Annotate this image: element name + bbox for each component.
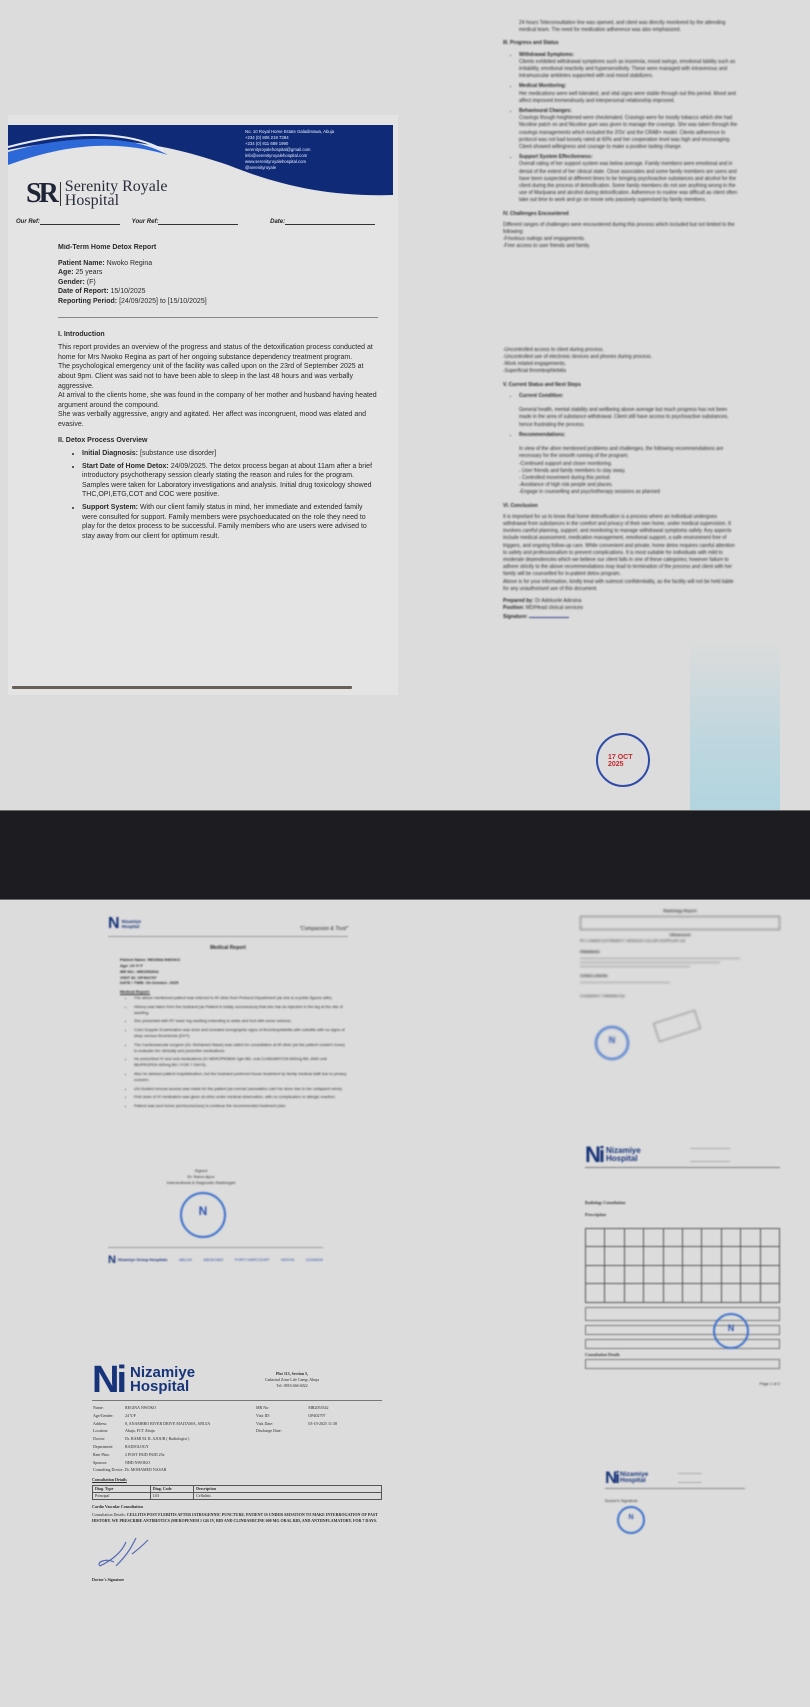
nizamiye-medical-report: N NizamiyeHospital "Compassion & Trust" … [108, 915, 348, 1112]
conclusion-heading: VI. Conclusion [503, 503, 739, 510]
patient-info-left: Name:REGINA NWOKO Age/Gender:24 Y/F Addr… [92, 1404, 247, 1474]
overview-heading: II. Detox Process Overview [58, 436, 378, 446]
list-item: Also he advised patient hospitalization,… [134, 1071, 348, 1083]
list-item: Behavioural Changes:Cravings though heig… [519, 108, 739, 151]
list-item: The Cardiovascular surgeon (Dr. Mohamed … [134, 1042, 348, 1054]
doctor-stamp: N [617, 1506, 645, 1534]
list-item: Color Doppler Examination was done and r… [134, 1027, 348, 1039]
tagline: "Compassion & Trust" [300, 926, 348, 933]
report-title: Mid-Term Home Detox Report [58, 243, 378, 253]
nizamiye-consultation: Ni NizamiyeHospital Plot 113, Section 5,… [92, 1362, 382, 1583]
patient-info-right: MR No:MR2053542 Visit ID:OP402797 Visit … [255, 1404, 365, 1435]
list-item: US-Guided venous access was made for the… [134, 1086, 348, 1092]
list-item: Current Condition:General health, mental… [519, 393, 739, 429]
list-item: Withdrawal Symptoms:Clients exhibited wi… [519, 52, 739, 81]
list-item: Medical Monitoring:Her medications were … [519, 83, 739, 105]
list-item: First dose of IV medication was given at… [134, 1094, 348, 1100]
nizamiye-logo: N NizamiyeHospital [108, 915, 141, 933]
challenges-heading: IV. Challenges Encountered [503, 211, 739, 218]
doctor-stamp: N [180, 1192, 226, 1238]
signature-scribble [529, 612, 569, 618]
list-item: The above mentioned patient was referred… [134, 995, 348, 1001]
list-item: She presented with RT lower leg swelling… [134, 1018, 348, 1024]
sr-monogram: SR [26, 178, 56, 210]
serenity-report-body: Mid-Term Home Detox Report Patient Name:… [58, 243, 378, 544]
patient-fields: Patient Name: Nwoko Regina Age: 25 years… [58, 259, 378, 307]
received-stamp [653, 1010, 701, 1043]
n-logo-icon: Ni [92, 1362, 124, 1398]
n-logo-icon: Ni [585, 1145, 603, 1165]
intro-heading: I. Introduction [58, 330, 378, 340]
radiology-report: Radiology Report Ultrasound RT LOWER EXT… [580, 908, 780, 999]
list-item: History was taken from the husband (as P… [134, 1004, 348, 1016]
report-title: Medical Report [108, 945, 348, 952]
list-item: Patient was sent home (semiconscious) to… [134, 1103, 348, 1109]
doctor-stamp: N [713, 1313, 749, 1349]
list-item: Start Date of Home Detox: 24/09/2025. Th… [82, 462, 378, 500]
page-footer-line [12, 686, 352, 689]
diagnosis-table: Diag. TypeDiag. CodeDescription Principa… [92, 1485, 382, 1500]
doctor-stamp: N [595, 1026, 629, 1060]
group-footer: NNizamiye Group Hospitals ABUJA ABOKOBO … [108, 1247, 323, 1266]
signature-block: Signed Dr. Ramo Ajour Interventional & D… [156, 1168, 246, 1185]
list-item: Recommendations:In view of the afore men… [519, 432, 739, 497]
table-row: PrincipalL03Cellulitis [93, 1492, 382, 1499]
blue-tint [690, 640, 780, 810]
doctor-signature [92, 1532, 162, 1572]
image-divider [0, 810, 810, 900]
list-item: Support System Effectiveness:Overall rat… [519, 154, 739, 204]
n-logo-icon: Ni [605, 1470, 618, 1486]
serenity-logo: SR Serenity Royale Hospital [26, 178, 167, 210]
letterhead-contact: No. 10 Royal Home Estate Galadimawa, Abu… [245, 129, 395, 171]
nizamiye-logo: Ni NizamiyeHospital [92, 1362, 252, 1398]
nizamiye-radiology-consultation: Ni NizamiyeHospital Radiology Consultati… [585, 1145, 780, 1387]
status-heading: V. Current Status and Next Steps [503, 382, 739, 389]
serenity-report-page-2: 24 hours Teleconsultation line was opene… [503, 20, 739, 622]
n-logo-icon: N [108, 915, 120, 933]
hospital-stamp: 17 OCT 2025 [596, 733, 650, 787]
prescription-table [585, 1228, 780, 1303]
reference-line: Our Ref: Your Ref: Date: [16, 218, 396, 225]
list-item: He prescribed IV and oral medications (I… [134, 1056, 348, 1068]
progress-heading: III. Progress and Status [503, 40, 739, 47]
list-item: Support System: With our client family s… [82, 503, 378, 541]
nizamiye-page-3: Ni NizamiyeHospital Doctor's Signature N [605, 1470, 780, 1504]
list-item: Initial Diagnosis: [substance use disord… [82, 449, 378, 459]
